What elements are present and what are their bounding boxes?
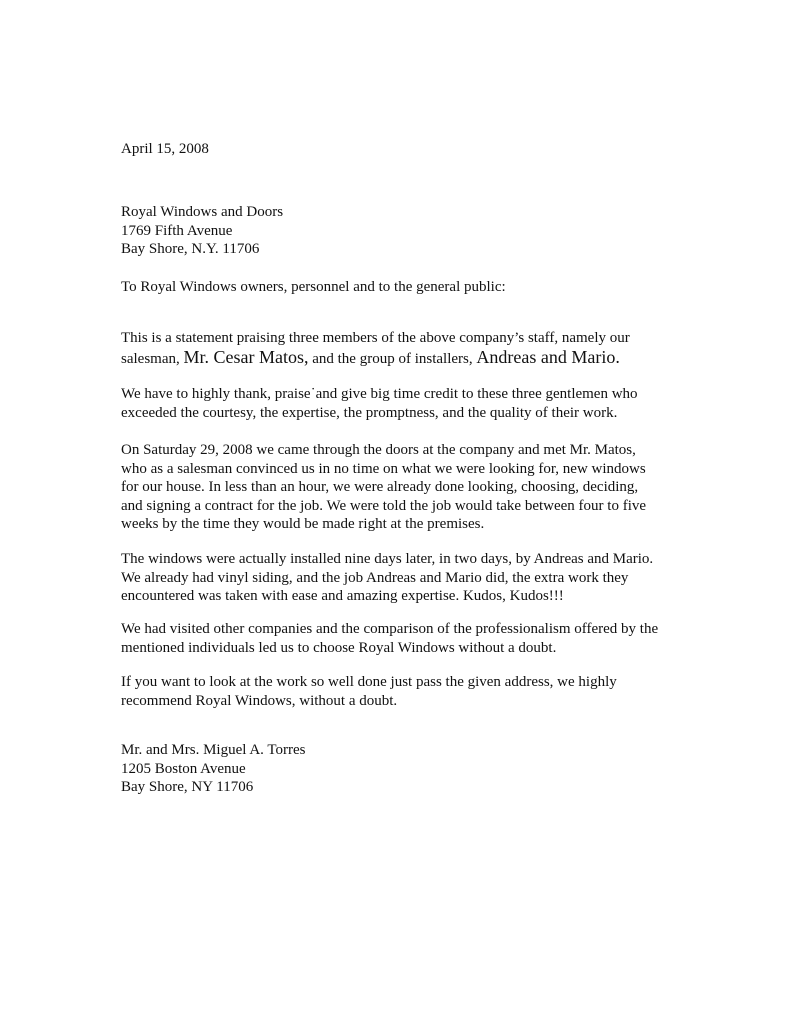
para3-line: On Saturday 29, 2008 we came through the… bbox=[121, 441, 691, 460]
para3-line: weeks by the time they would be made rig… bbox=[121, 515, 691, 534]
salutation: To Royal Windows owners, personnel and t… bbox=[121, 278, 691, 297]
para6-line: recommend Royal Windows, without a doubt… bbox=[121, 692, 691, 711]
paragraph-6: If you want to look at the work so well … bbox=[121, 673, 691, 710]
para1-line: salesman, Mr. Cesar Matos, and the group… bbox=[121, 348, 691, 369]
para2-line: We have to highly thank, praise˙and give… bbox=[121, 385, 691, 404]
recipient-city: Bay Shore, N.Y. 11706 bbox=[121, 240, 691, 259]
para5-line: We had visited other companies and the c… bbox=[121, 620, 691, 639]
para5-line: mentioned individuals led us to choose R… bbox=[121, 639, 691, 658]
letter-date: April 15, 2008 bbox=[121, 140, 691, 159]
letter-page: April 15, 2008 Royal Windows and Doors 1… bbox=[0, 0, 801, 1024]
text-run: salesman, bbox=[121, 351, 183, 367]
para6-line: If you want to look at the work so well … bbox=[121, 673, 691, 692]
para4-line: We already had vinyl siding, and the job… bbox=[121, 569, 691, 588]
paragraph-1: This is a statement praising three membe… bbox=[121, 329, 691, 368]
installer-names: Andreas and Mario. bbox=[476, 347, 619, 367]
date-text: April 15, 2008 bbox=[121, 140, 691, 159]
paragraph-4: The windows were actually installed nine… bbox=[121, 550, 691, 606]
para4-line: encountered was taken with ease and amaz… bbox=[121, 587, 691, 606]
signer-city: Bay Shore, NY 11706 bbox=[121, 778, 691, 797]
paragraph-3: On Saturday 29, 2008 we came through the… bbox=[121, 441, 691, 534]
text-run: and the group of installers, bbox=[308, 351, 476, 367]
para3-line: for our house. In less than an hour, we … bbox=[121, 478, 691, 497]
signer-name: Mr. and Mrs. Miguel A. Torres bbox=[121, 741, 691, 760]
paragraph-5: We had visited other companies and the c… bbox=[121, 620, 691, 657]
salutation-text: To Royal Windows owners, personnel and t… bbox=[121, 278, 691, 297]
recipient-street: 1769 Fifth Avenue bbox=[121, 222, 691, 241]
recipient-address: Royal Windows and Doors 1769 Fifth Avenu… bbox=[121, 203, 691, 259]
signature-block: Mr. and Mrs. Miguel A. Torres 1205 Bosto… bbox=[121, 741, 691, 797]
para1-line: This is a statement praising three membe… bbox=[121, 329, 691, 348]
paragraph-2: We have to highly thank, praise˙and give… bbox=[121, 385, 691, 422]
recipient-name: Royal Windows and Doors bbox=[121, 203, 691, 222]
para4-line: The windows were actually installed nine… bbox=[121, 550, 691, 569]
salesman-name: Mr. Cesar Matos, bbox=[183, 347, 308, 367]
signer-street: 1205 Boston Avenue bbox=[121, 760, 691, 779]
para3-line: who as a salesman convinced us in no tim… bbox=[121, 460, 691, 479]
para2-line: exceeded the courtesy, the expertise, th… bbox=[121, 404, 691, 423]
para3-line: and signing a contract for the job. We w… bbox=[121, 497, 691, 516]
